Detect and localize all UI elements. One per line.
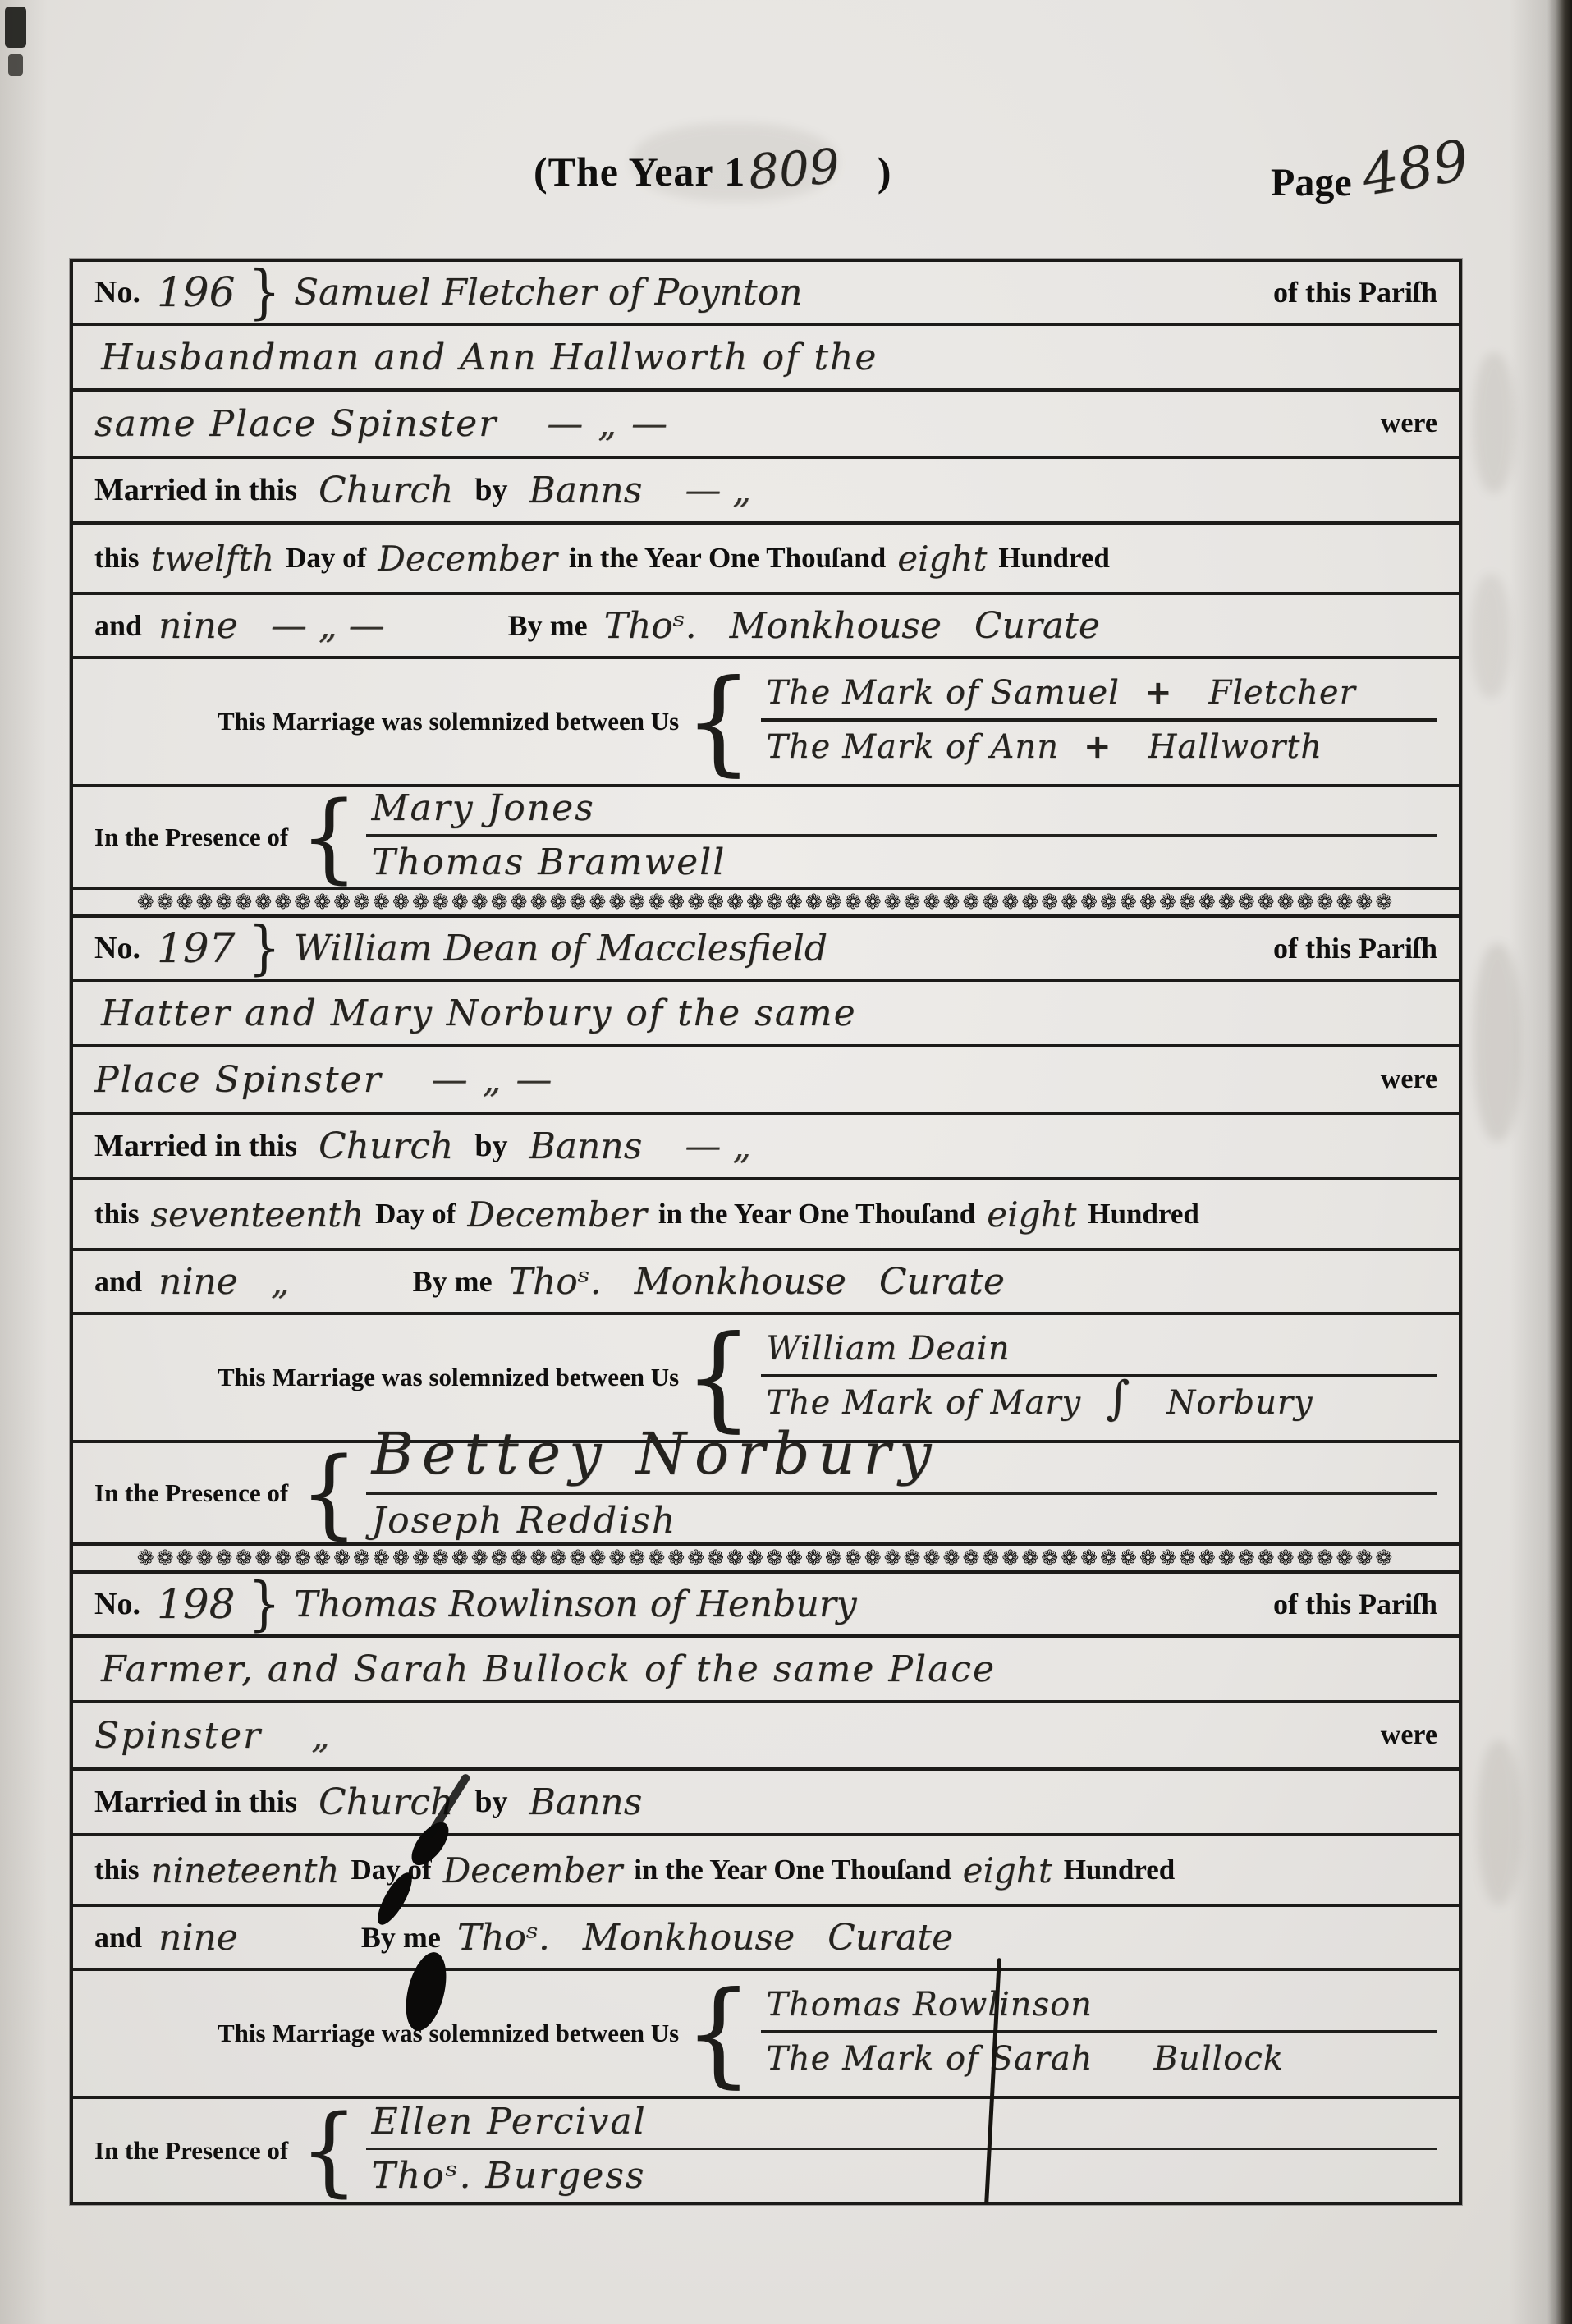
- curate-signature: Thoˢ. Monkhouse Curate: [457, 1917, 953, 1959]
- married-row: Married in this Church by Banns: [73, 1771, 1459, 1836]
- brace-glyph: {: [300, 789, 358, 886]
- banns-text: Banns: [529, 1125, 642, 1167]
- banns-text: Banns: [529, 1781, 642, 1823]
- groom-signature-line: The Mark of Samuel + Fletcher: [761, 671, 1437, 722]
- witness-signatures: Mary Jones Thomas Bramwell: [366, 786, 1437, 888]
- brace-glyph: }: [248, 1575, 280, 1633]
- brace-glyph: {: [300, 1445, 358, 1542]
- in-the-year-label: in the Year One Thouſand: [569, 542, 886, 575]
- hundred-label: Hundred: [998, 542, 1110, 575]
- witness-1-signature: Ellen Percival: [371, 2101, 646, 2143]
- pen-flourish: — „: [685, 1125, 751, 1167]
- married-in-this-label: Married in this: [94, 1128, 297, 1164]
- in-the-year-label: in the Year One Thouſand: [658, 1198, 975, 1231]
- groom-signature-line: Thomas Rowlinson: [761, 1983, 1437, 2033]
- register-table: No. 196 } Samuel Fletcher of Poynton of …: [70, 259, 1462, 2205]
- officiant-row: and nine „ By me Thoˢ. Monkhouse Curate: [73, 1251, 1459, 1315]
- groom-signature-line: William Deain: [761, 1327, 1437, 1377]
- groom-name-place: Thomas Rowlinson of Henbury: [294, 1584, 857, 1625]
- bride-surname: Norbury: [1166, 1384, 1313, 1422]
- married-in-this-label: Married in this: [94, 472, 297, 508]
- groom-surname: Fletcher: [1208, 674, 1355, 712]
- marriage-entry-196: No. 196 } Samuel Fletcher of Poynton of …: [73, 262, 1459, 890]
- bride-place-row: same Place Spinster — „ — were: [73, 392, 1459, 459]
- entry-number: 197: [157, 924, 235, 972]
- nine-text: nine: [158, 1917, 238, 1959]
- officiant-row: and nine — „ — By me Thoˢ. Monkhouse Cur…: [73, 595, 1459, 659]
- married-in-this-label: Married in this: [94, 1784, 297, 1820]
- witness-2-line: Joseph Reddish: [366, 1498, 1437, 1547]
- solemnized-label: This Marriage was solemnized between Us: [218, 2019, 679, 2048]
- bride-signature: The Mark of Mary: [766, 1384, 1081, 1422]
- scan-corner-mark: [5, 7, 26, 48]
- occupation-bride-text: Husbandman and Ann Hallworth of the: [101, 337, 878, 378]
- eight-text: eight: [897, 539, 987, 579]
- pen-flourish: „: [311, 1715, 332, 1757]
- day-ordinal: nineteenth: [150, 1850, 339, 1891]
- day-ordinal: seventeenth: [150, 1194, 364, 1235]
- brace-glyph: }: [248, 263, 280, 321]
- witnesses-row: In the Presence of { Mary Jones Thomas B…: [73, 787, 1459, 890]
- married-row: Married in this Church by Banns — „: [73, 1115, 1459, 1180]
- witness-1-signature: Mary Jones: [371, 787, 594, 829]
- date-row: this nineteenth Day of December in the Y…: [73, 1836, 1459, 1907]
- brace-glyph: }: [248, 919, 280, 977]
- nine-text: nine: [158, 1261, 238, 1303]
- witness-1-line: Bettey Norbury: [366, 1440, 1437, 1495]
- church-text: Church: [319, 1781, 453, 1823]
- page-number: 489: [1358, 128, 1473, 209]
- bride-signature: The Mark of Ann: [766, 728, 1059, 766]
- occupation-bride-row: Husbandman and Ann Hallworth of the: [73, 326, 1459, 392]
- brace-glyph: {: [300, 2102, 358, 2199]
- brace-glyph: {: [684, 665, 753, 779]
- groom-name-place: William Dean of Macclesfield: [294, 928, 827, 969]
- this-label: this: [94, 542, 139, 575]
- entry-header-row: No. 198 } Thomas Rowlinson of Henbury of…: [73, 1574, 1459, 1638]
- book-binding-edge: [1547, 0, 1572, 2324]
- by-me-label: By me: [361, 1920, 441, 1955]
- church-text: Church: [319, 470, 453, 511]
- signatures: William Deain The Mark of Mary ∫ Norbury: [761, 1327, 1437, 1428]
- hundred-label: Hundred: [1064, 1854, 1176, 1886]
- groom-name-place: Samuel Fletcher of Poynton: [294, 272, 803, 314]
- by-me-label: By me: [413, 1264, 493, 1299]
- of-this-parish-label: of this Pariſh: [1273, 1587, 1437, 1621]
- day-of-label: Day of: [286, 542, 366, 575]
- brace-glyph: {: [684, 1977, 753, 2091]
- bleed-through-smudge: [1471, 575, 1510, 698]
- ornament-separator: ❁❁❁❁❁❁❁❁❁❁❁❁❁❁❁❁❁❁❁❁❁❁❁❁❁❁❁❁❁❁❁❁❁❁❁❁❁❁❁❁…: [73, 1546, 1459, 1574]
- were-label: were: [1381, 1064, 1437, 1095]
- solemnized-label: This Marriage was solemnized between Us: [218, 1363, 679, 1392]
- officiant-row: and nine By me Thoˢ. Monkhouse Curate: [73, 1907, 1459, 1971]
- and-label: and: [94, 608, 142, 643]
- entry-number: 196: [157, 268, 235, 316]
- hundred-label: Hundred: [1088, 1198, 1199, 1231]
- witness-1-line: Ellen Percival: [366, 2099, 1437, 2150]
- bride-place-row: Place Spinster — „ — were: [73, 1047, 1459, 1115]
- page-number-heading: Page489: [1271, 144, 1469, 209]
- occupation-bride-row: Hatter and Mary Norbury of the same: [73, 982, 1459, 1047]
- bride-place-text: Place Spinster: [94, 1059, 383, 1101]
- page-label: Page: [1271, 161, 1352, 204]
- presence-label: In the Presence of: [94, 2136, 288, 2166]
- witness-2-line: Thoˢ. Burgess: [366, 2153, 1437, 2202]
- and-label: and: [94, 1264, 142, 1299]
- groom-signature: The Mark of Samuel: [766, 674, 1120, 712]
- curate-signature: Thoˢ. Monkhouse Curate: [604, 605, 1100, 647]
- pen-flourish: — „ —: [547, 403, 669, 445]
- bride-place-text: same Place Spinster: [94, 403, 497, 445]
- ornament-separator: ❁❁❁❁❁❁❁❁❁❁❁❁❁❁❁❁❁❁❁❁❁❁❁❁❁❁❁❁❁❁❁❁❁❁❁❁❁❁❁❁…: [73, 890, 1459, 918]
- bleed-through-smudge: [1478, 1740, 1520, 1905]
- banns-text: Banns: [529, 470, 642, 511]
- were-label: were: [1381, 1720, 1437, 1751]
- signatures: Thomas Rowlinson The Mark of Sarah Bullo…: [761, 1983, 1437, 2084]
- witnesses-row: In the Presence of { Ellen Percival Thoˢ…: [73, 2099, 1459, 2202]
- witness-1-signature: Bettey Norbury: [371, 1420, 939, 1487]
- pen-flourish: „: [271, 1261, 290, 1303]
- by-label: by: [474, 1128, 507, 1164]
- witness-2-signature: Thomas Bramwell: [371, 841, 726, 883]
- groom-signature: Thomas Rowlinson: [766, 1986, 1093, 2024]
- and-label: and: [94, 1920, 142, 1955]
- eight-text: eight: [963, 1850, 1052, 1891]
- date-row: this seventeenth Day of December in the …: [73, 1180, 1459, 1251]
- pen-flourish: — „ —: [432, 1059, 554, 1101]
- entry-header-row: No. 196 } Samuel Fletcher of Poynton of …: [73, 262, 1459, 326]
- of-this-parish-label: of this Pariſh: [1273, 931, 1437, 965]
- by-label: by: [474, 472, 507, 508]
- of-this-parish-label: of this Pariſh: [1273, 275, 1437, 309]
- by-label: by: [474, 1784, 507, 1820]
- bride-signature-line: The Mark of Ann + Hallworth: [761, 725, 1437, 772]
- marriage-entry-197: No. 197 } William Dean of Macclesfield o…: [73, 918, 1459, 1546]
- no-label: No.: [94, 274, 140, 310]
- month-text: December: [378, 539, 557, 579]
- eight-text: eight: [987, 1194, 1076, 1235]
- year-printed-prefix: (The Year 1: [534, 149, 745, 195]
- church-text: Church: [319, 1125, 453, 1167]
- witness-signatures: Bettey Norbury Joseph Reddish: [366, 1440, 1437, 1547]
- by-me-label: By me: [508, 608, 588, 643]
- scanned-register-page: (The Year 1809) Page489 No. 196 } Samuel…: [0, 0, 1572, 2324]
- bride-surname: Hallworth: [1148, 728, 1322, 766]
- this-label: this: [94, 1854, 139, 1886]
- bride-place-text: Spinster: [94, 1715, 262, 1757]
- solemnized-row: This Marriage was solemnized between Us …: [73, 659, 1459, 787]
- month-text: December: [443, 1850, 623, 1891]
- bride-signature: The Mark of Sarah: [766, 2040, 1093, 2078]
- year-heading: (The Year 1809): [534, 141, 892, 197]
- in-the-year-label: in the Year One Thouſand: [634, 1854, 951, 1886]
- bride-surname: Bullock: [1154, 2040, 1284, 2078]
- date-row: this twelfth Day of December in the Year…: [73, 525, 1459, 595]
- occupation-bride-text: Hatter and Mary Norbury of the same: [101, 992, 857, 1034]
- bleed-through-smudge: [1473, 944, 1521, 1141]
- month-text: December: [467, 1194, 647, 1235]
- year-handwritten: 809: [747, 138, 841, 200]
- this-label: this: [94, 1198, 139, 1231]
- marriage-entry-198: No. 198 } Thomas Rowlinson of Henbury of…: [73, 1574, 1459, 2202]
- bleed-through-smudge: [1473, 353, 1515, 493]
- presence-label: In the Presence of: [94, 823, 288, 852]
- groom-signature: William Deain: [766, 1330, 1010, 1368]
- year-printed-suffix: ): [878, 149, 892, 195]
- witness-2-line: Thomas Bramwell: [366, 840, 1437, 888]
- day-ordinal: twelfth: [150, 539, 274, 579]
- occupation-bride-text: Farmer, and Sarah Bullock of the same Pl…: [101, 1648, 996, 1690]
- solemnized-label: This Marriage was solemnized between Us: [218, 707, 679, 736]
- no-label: No.: [94, 930, 140, 966]
- bride-signature-line: The Mark of Sarah Bullock: [761, 2037, 1437, 2084]
- day-of-label: Day of: [375, 1198, 456, 1231]
- pen-flourish: — „ —: [271, 605, 385, 647]
- entry-header-row: No. 197 } William Dean of Macclesfield o…: [73, 918, 1459, 982]
- witness-signatures: Ellen Percival Thoˢ. Burgess: [366, 2099, 1437, 2202]
- bride-place-row: Spinster „ were: [73, 1703, 1459, 1771]
- brace-glyph: {: [684, 1321, 753, 1435]
- no-label: No.: [94, 1586, 140, 1622]
- witness-2-signature: Joseph Reddish: [371, 1500, 676, 1542]
- curate-signature: Thoˢ. Monkhouse Curate: [509, 1261, 1005, 1303]
- witness-2-signature: Thoˢ. Burgess: [371, 2155, 645, 2197]
- pen-flourish: — „: [685, 470, 751, 511]
- solemnized-row: This Marriage was solemnized between Us …: [73, 1971, 1459, 2099]
- scan-corner-mark: [8, 54, 23, 76]
- witness-1-line: Mary Jones: [366, 786, 1437, 837]
- entry-number: 198: [157, 1580, 235, 1628]
- presence-label: In the Presence of: [94, 1478, 288, 1508]
- witnesses-row: In the Presence of { Bettey Norbury Jose…: [73, 1443, 1459, 1546]
- nine-text: nine: [158, 605, 238, 647]
- married-row: Married in this Church by Banns — „: [73, 459, 1459, 525]
- signatures: The Mark of Samuel + Fletcher The Mark o…: [761, 671, 1437, 772]
- day-of-label: Day of: [351, 1854, 431, 1886]
- were-label: were: [1381, 408, 1437, 439]
- occupation-bride-row: Farmer, and Sarah Bullock of the same Pl…: [73, 1638, 1459, 1703]
